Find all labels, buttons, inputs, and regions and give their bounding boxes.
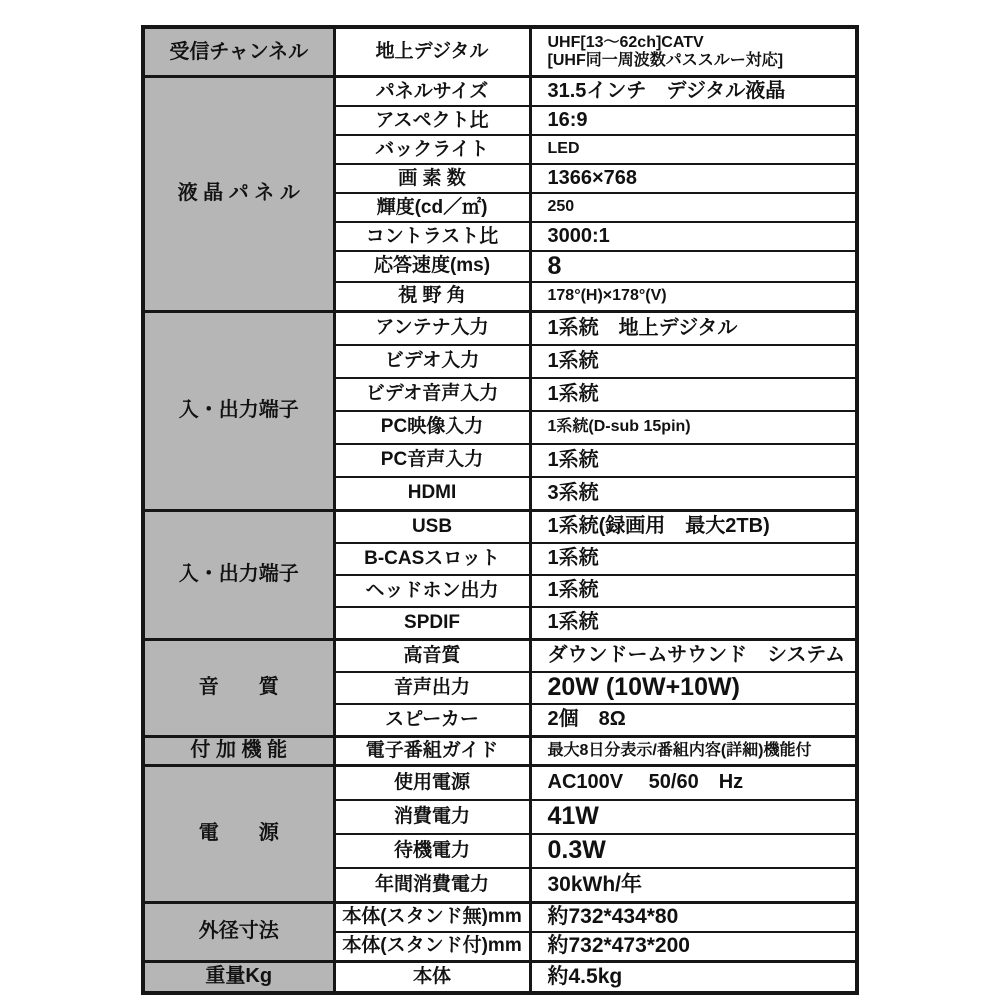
spec-row: 受信チャンネル地上デジタルUHF[13〜62ch]CATV [UHF同一周波数パ… <box>143 27 857 77</box>
category-cell: 受信チャンネル <box>143 27 334 77</box>
spec-value-cell: 1系統 <box>530 444 857 477</box>
spec-name-cell: 画 素 数 <box>334 164 530 193</box>
spec-name-cell: アスペクト比 <box>334 106 530 135</box>
spec-value-cell: 8 <box>530 251 857 282</box>
category-cell: 電 源 <box>143 765 334 902</box>
spec-row: 入・出力端子アンテナ入力1系統 地上デジタル <box>143 311 857 345</box>
spec-name-cell: 使用電源 <box>334 765 530 800</box>
spec-value-cell: 約4.5kg <box>530 961 857 993</box>
spec-name-cell: ビデオ入力 <box>334 345 530 378</box>
spec-name-cell: 電子番組ガイド <box>334 736 530 765</box>
spec-value-cell: LED <box>530 135 857 164</box>
category-cell: 音 質 <box>143 639 334 736</box>
spec-name-cell: SPDIF <box>334 607 530 640</box>
category-cell: 入・出力端子 <box>143 311 334 510</box>
spec-row: 入・出力端子USB1系統(録画用 最大2TB) <box>143 510 857 543</box>
spec-value-cell: 1系統 地上デジタル <box>530 311 857 345</box>
category-cell: 付 加 機 能 <box>143 736 334 765</box>
spec-name-cell: HDMI <box>334 477 530 511</box>
spec-value-cell: 1系統 <box>530 345 857 378</box>
spec-name-cell: 輝度(cd／㎡) <box>334 193 530 222</box>
spec-row: 外径寸法本体(スタンド無)mm約732*434*80 <box>143 902 857 932</box>
spec-name-cell: ヘッドホン出力 <box>334 575 530 607</box>
spec-value-cell: 1系統 <box>530 607 857 640</box>
spec-value-cell: 最大8日分表示/番組内容(詳細)機能付 <box>530 736 857 765</box>
spec-value-cell: ダウンドームサウンド システム <box>530 639 857 672</box>
spec-name-cell: USB <box>334 510 530 543</box>
spec-name-cell: 年間消費電力 <box>334 868 530 903</box>
spec-name-cell: 待機電力 <box>334 834 530 868</box>
spec-name-cell: 消費電力 <box>334 800 530 834</box>
spec-name-cell: スピーカー <box>334 704 530 737</box>
spec-name-cell: 本体(スタンド付)mm <box>334 932 530 962</box>
spec-value-cell: 1系統(録画用 最大2TB) <box>530 510 857 543</box>
spec-name-cell: 応答速度(ms) <box>334 251 530 282</box>
spec-row: 液 晶 パ ネ ルパネルサイズ31.5インチ デジタル液晶 <box>143 77 857 107</box>
spec-row: 重量Kg本体約4.5kg <box>143 961 857 993</box>
spec-name-cell: パネルサイズ <box>334 77 530 107</box>
spec-value-cell: 41W <box>530 800 857 834</box>
spec-value-cell: 0.3W <box>530 834 857 868</box>
spec-value-cell: 1366×768 <box>530 164 857 193</box>
spec-value-cell: 1系統 <box>530 543 857 575</box>
spec-name-cell: PC音声入力 <box>334 444 530 477</box>
spec-value-cell: 1系統 <box>530 378 857 411</box>
spec-value-cell: 3000:1 <box>530 222 857 251</box>
spec-value-cell: AC100V 50/60 Hz <box>530 765 857 800</box>
spec-value-cell: 2個 8Ω <box>530 704 857 737</box>
spec-value-cell: 31.5インチ デジタル液晶 <box>530 77 857 107</box>
spec-value-cell: 約732*473*200 <box>530 932 857 962</box>
spec-name-cell: コントラスト比 <box>334 222 530 251</box>
spec-name-cell: ビデオ音声入力 <box>334 378 530 411</box>
category-cell: 入・出力端子 <box>143 510 334 639</box>
spec-value-cell: 3系統 <box>530 477 857 511</box>
spec-name-cell: バックライト <box>334 135 530 164</box>
category-cell: 外径寸法 <box>143 902 334 961</box>
spec-name-cell: 高音質 <box>334 639 530 672</box>
spec-value-cell: 20W (10W+10W) <box>530 672 857 704</box>
spec-value-cell: 30kWh/年 <box>530 868 857 903</box>
spec-name-cell: 地上デジタル <box>334 27 530 77</box>
spec-name-cell: 音声出力 <box>334 672 530 704</box>
spec-row: 電 源使用電源AC100V 50/60 Hz <box>143 765 857 800</box>
category-cell: 液 晶 パ ネ ル <box>143 77 334 312</box>
spec-row: 付 加 機 能電子番組ガイド最大8日分表示/番組内容(詳細)機能付 <box>143 736 857 765</box>
spec-sheet-page: 受信チャンネル地上デジタルUHF[13〜62ch]CATV [UHF同一周波数パ… <box>0 0 1000 1000</box>
spec-value-cell: 1系統(D-sub 15pin) <box>530 411 857 444</box>
category-cell: 重量Kg <box>143 961 334 993</box>
spec-value-cell: UHF[13〜62ch]CATV [UHF同一周波数パススルー対応] <box>530 27 857 77</box>
spec-name-cell: 本体 <box>334 961 530 993</box>
spec-value-cell: 178°(H)×178°(V) <box>530 282 857 312</box>
spec-row: 音 質高音質ダウンドームサウンド システム <box>143 639 857 672</box>
spec-name-cell: 視 野 角 <box>334 282 530 312</box>
spec-value-cell: 250 <box>530 193 857 222</box>
spec-name-cell: 本体(スタンド無)mm <box>334 902 530 932</box>
spec-name-cell: B-CASスロット <box>334 543 530 575</box>
spec-value-cell: 1系統 <box>530 575 857 607</box>
spec-value-cell: 約732*434*80 <box>530 902 857 932</box>
spec-name-cell: アンテナ入力 <box>334 311 530 345</box>
spec-name-cell: PC映像入力 <box>334 411 530 444</box>
spec-table: 受信チャンネル地上デジタルUHF[13〜62ch]CATV [UHF同一周波数パ… <box>141 25 859 995</box>
spec-value-cell: 16:9 <box>530 106 857 135</box>
